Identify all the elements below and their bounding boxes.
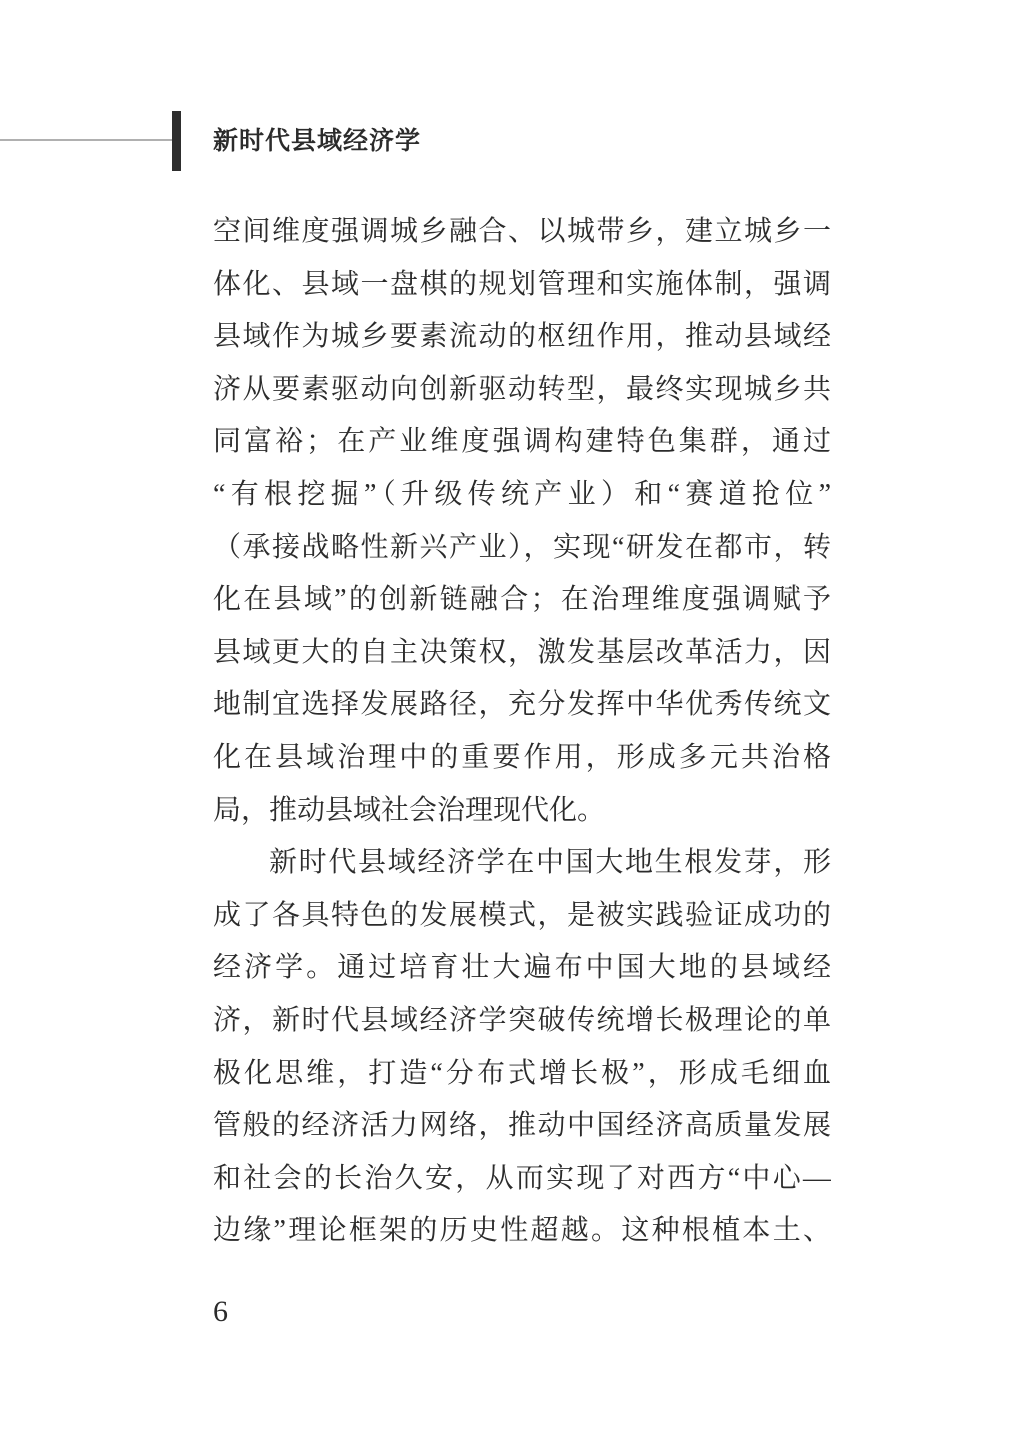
text-line: 济从要素驱动向创新驱动转型，最终实现城乡共 <box>213 364 831 417</box>
text-line: 地制宜选择发展路径，充分发挥中华优秀传统文 <box>213 679 831 732</box>
text-line: 空间维度强调城乡融合、以城带乡，建立城乡一 <box>213 206 831 259</box>
running-header-title: 新时代县域经济学 <box>213 125 421 156</box>
text-line: 和社会的长治久安，从而实现了对西方“中心— <box>213 1153 831 1206</box>
text-line: 成了各具特色的发展模式，是被实践验证成功的 <box>213 890 831 943</box>
text-line: 化在县域治理中的重要作用，形成多元共治格 <box>213 732 831 785</box>
text-line: （承接战略性新兴产业），实现“研发在都市，转 <box>213 522 831 575</box>
text-line: 新时代县域经济学在中国大地生根发芽，形 <box>213 837 831 890</box>
text-line: 经济学。通过培育壮大遍布中国大地的县域经 <box>213 942 831 995</box>
text-line: 边缘”理论框架的历史性超越。这种根植本土、 <box>213 1205 831 1258</box>
text-line: “有根挖掘”（升级传统产业）和“赛道抢位” <box>213 469 831 522</box>
header-rule <box>0 139 174 141</box>
header-accent-bar <box>172 111 181 171</box>
text-line: 管般的经济活力网络，推动中国经济高质量发展 <box>213 1100 831 1153</box>
text-line: 同富裕；在产业维度强调构建特色集群，通过 <box>213 416 831 469</box>
paragraph: 新时代县域经济学在中国大地生根发芽，形成了各具特色的发展模式，是被实践验证成功的… <box>213 837 831 1258</box>
text-line: 县域作为城乡要素流动的枢纽作用，推动县域经 <box>213 311 831 364</box>
book-page: 新时代县域经济学 空间维度强调城乡融合、以城带乡，建立城乡一体化、县域一盘棋的规… <box>0 0 1022 1453</box>
text-line: 体化、县域一盘棋的规划管理和实施体制，强调 <box>213 259 831 312</box>
page-number: 6 <box>213 1293 228 1331</box>
text-line: 局，推动县域社会治理现代化。 <box>213 785 831 838</box>
paragraph: 空间维度强调城乡融合、以城带乡，建立城乡一体化、县域一盘棋的规划管理和实施体制，… <box>213 206 831 837</box>
text-line: 极化思维，打造“分布式增长极”，形成毛细血 <box>213 1048 831 1101</box>
text-line: 化在县域”的创新链融合；在治理维度强调赋予 <box>213 574 831 627</box>
body-text: 空间维度强调城乡融合、以城带乡，建立城乡一体化、县域一盘棋的规划管理和实施体制，… <box>213 206 831 1258</box>
text-line: 济，新时代县域经济学突破传统增长极理论的单 <box>213 995 831 1048</box>
text-line: 县域更大的自主决策权，激发基层改革活力，因 <box>213 627 831 680</box>
